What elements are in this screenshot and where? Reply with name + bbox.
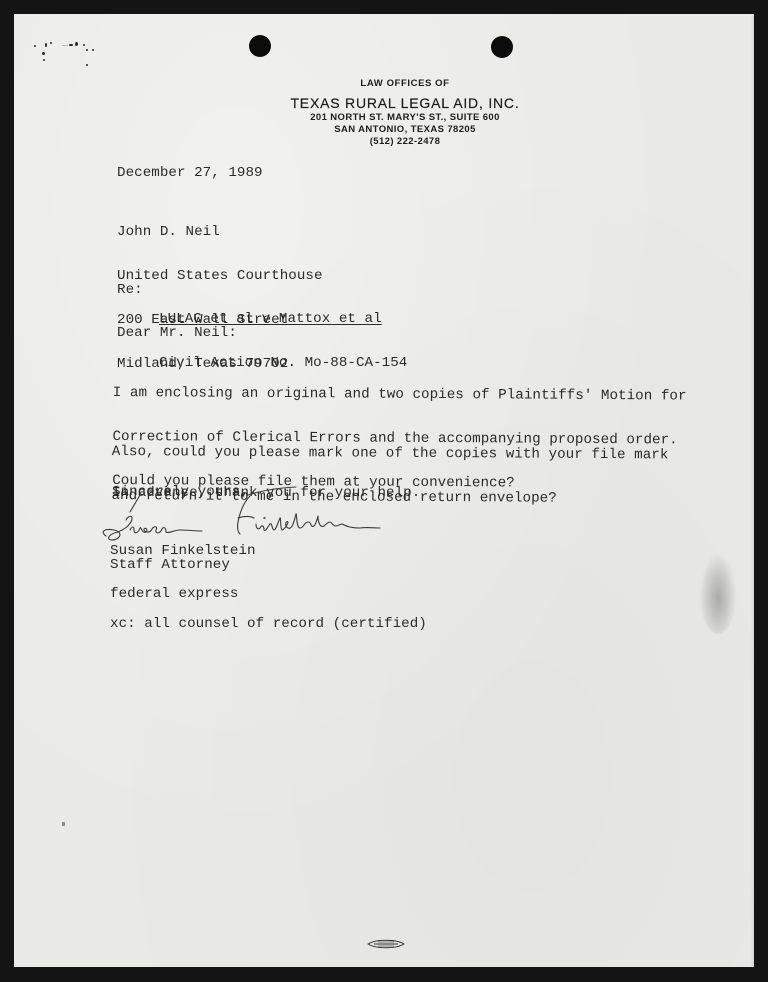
paragraph-line: I am enclosing an original and two copie… bbox=[113, 386, 687, 404]
punch-hole-right bbox=[491, 36, 513, 58]
handwritten-signature bbox=[98, 482, 398, 552]
delivery-method: federal express bbox=[110, 587, 238, 602]
recipient-name: John D. Neil bbox=[117, 225, 323, 240]
page-edge-shadow bbox=[751, 14, 754, 967]
signer-title: Staff Attorney bbox=[110, 558, 230, 573]
fingerprint-smudge bbox=[700, 554, 736, 634]
carbon-copy-line: xc: all counsel of record (certified) bbox=[110, 617, 427, 632]
firm-name: TEXAS RURAL LEGAL AID, INC. bbox=[56, 94, 754, 112]
re-label: Re: bbox=[117, 283, 143, 298]
firm-address-line2: SAN ANTONIO, TEXAS 78205 bbox=[56, 124, 754, 136]
salutation: Dear Mr. Neil: bbox=[117, 326, 237, 341]
punch-hole-left bbox=[249, 35, 271, 57]
letter-date: December 27, 1989 bbox=[117, 166, 263, 181]
letter-page: LAW OFFICES OF TEXAS RURAL LEGAL AID, IN… bbox=[14, 14, 754, 967]
letterhead-kicker: LAW OFFICES OF bbox=[56, 78, 754, 90]
letterhead: LAW OFFICES OF TEXAS RURAL LEGAL AID, IN… bbox=[14, 78, 754, 148]
firm-address-line1: 201 NORTH ST. MARY'S ST., SUITE 600 bbox=[56, 112, 754, 124]
firm-phone: (512) 222-2478 bbox=[56, 136, 754, 148]
printer-union-stamp-icon bbox=[366, 939, 406, 949]
recipient-line1: United States Courthouse bbox=[117, 269, 323, 284]
